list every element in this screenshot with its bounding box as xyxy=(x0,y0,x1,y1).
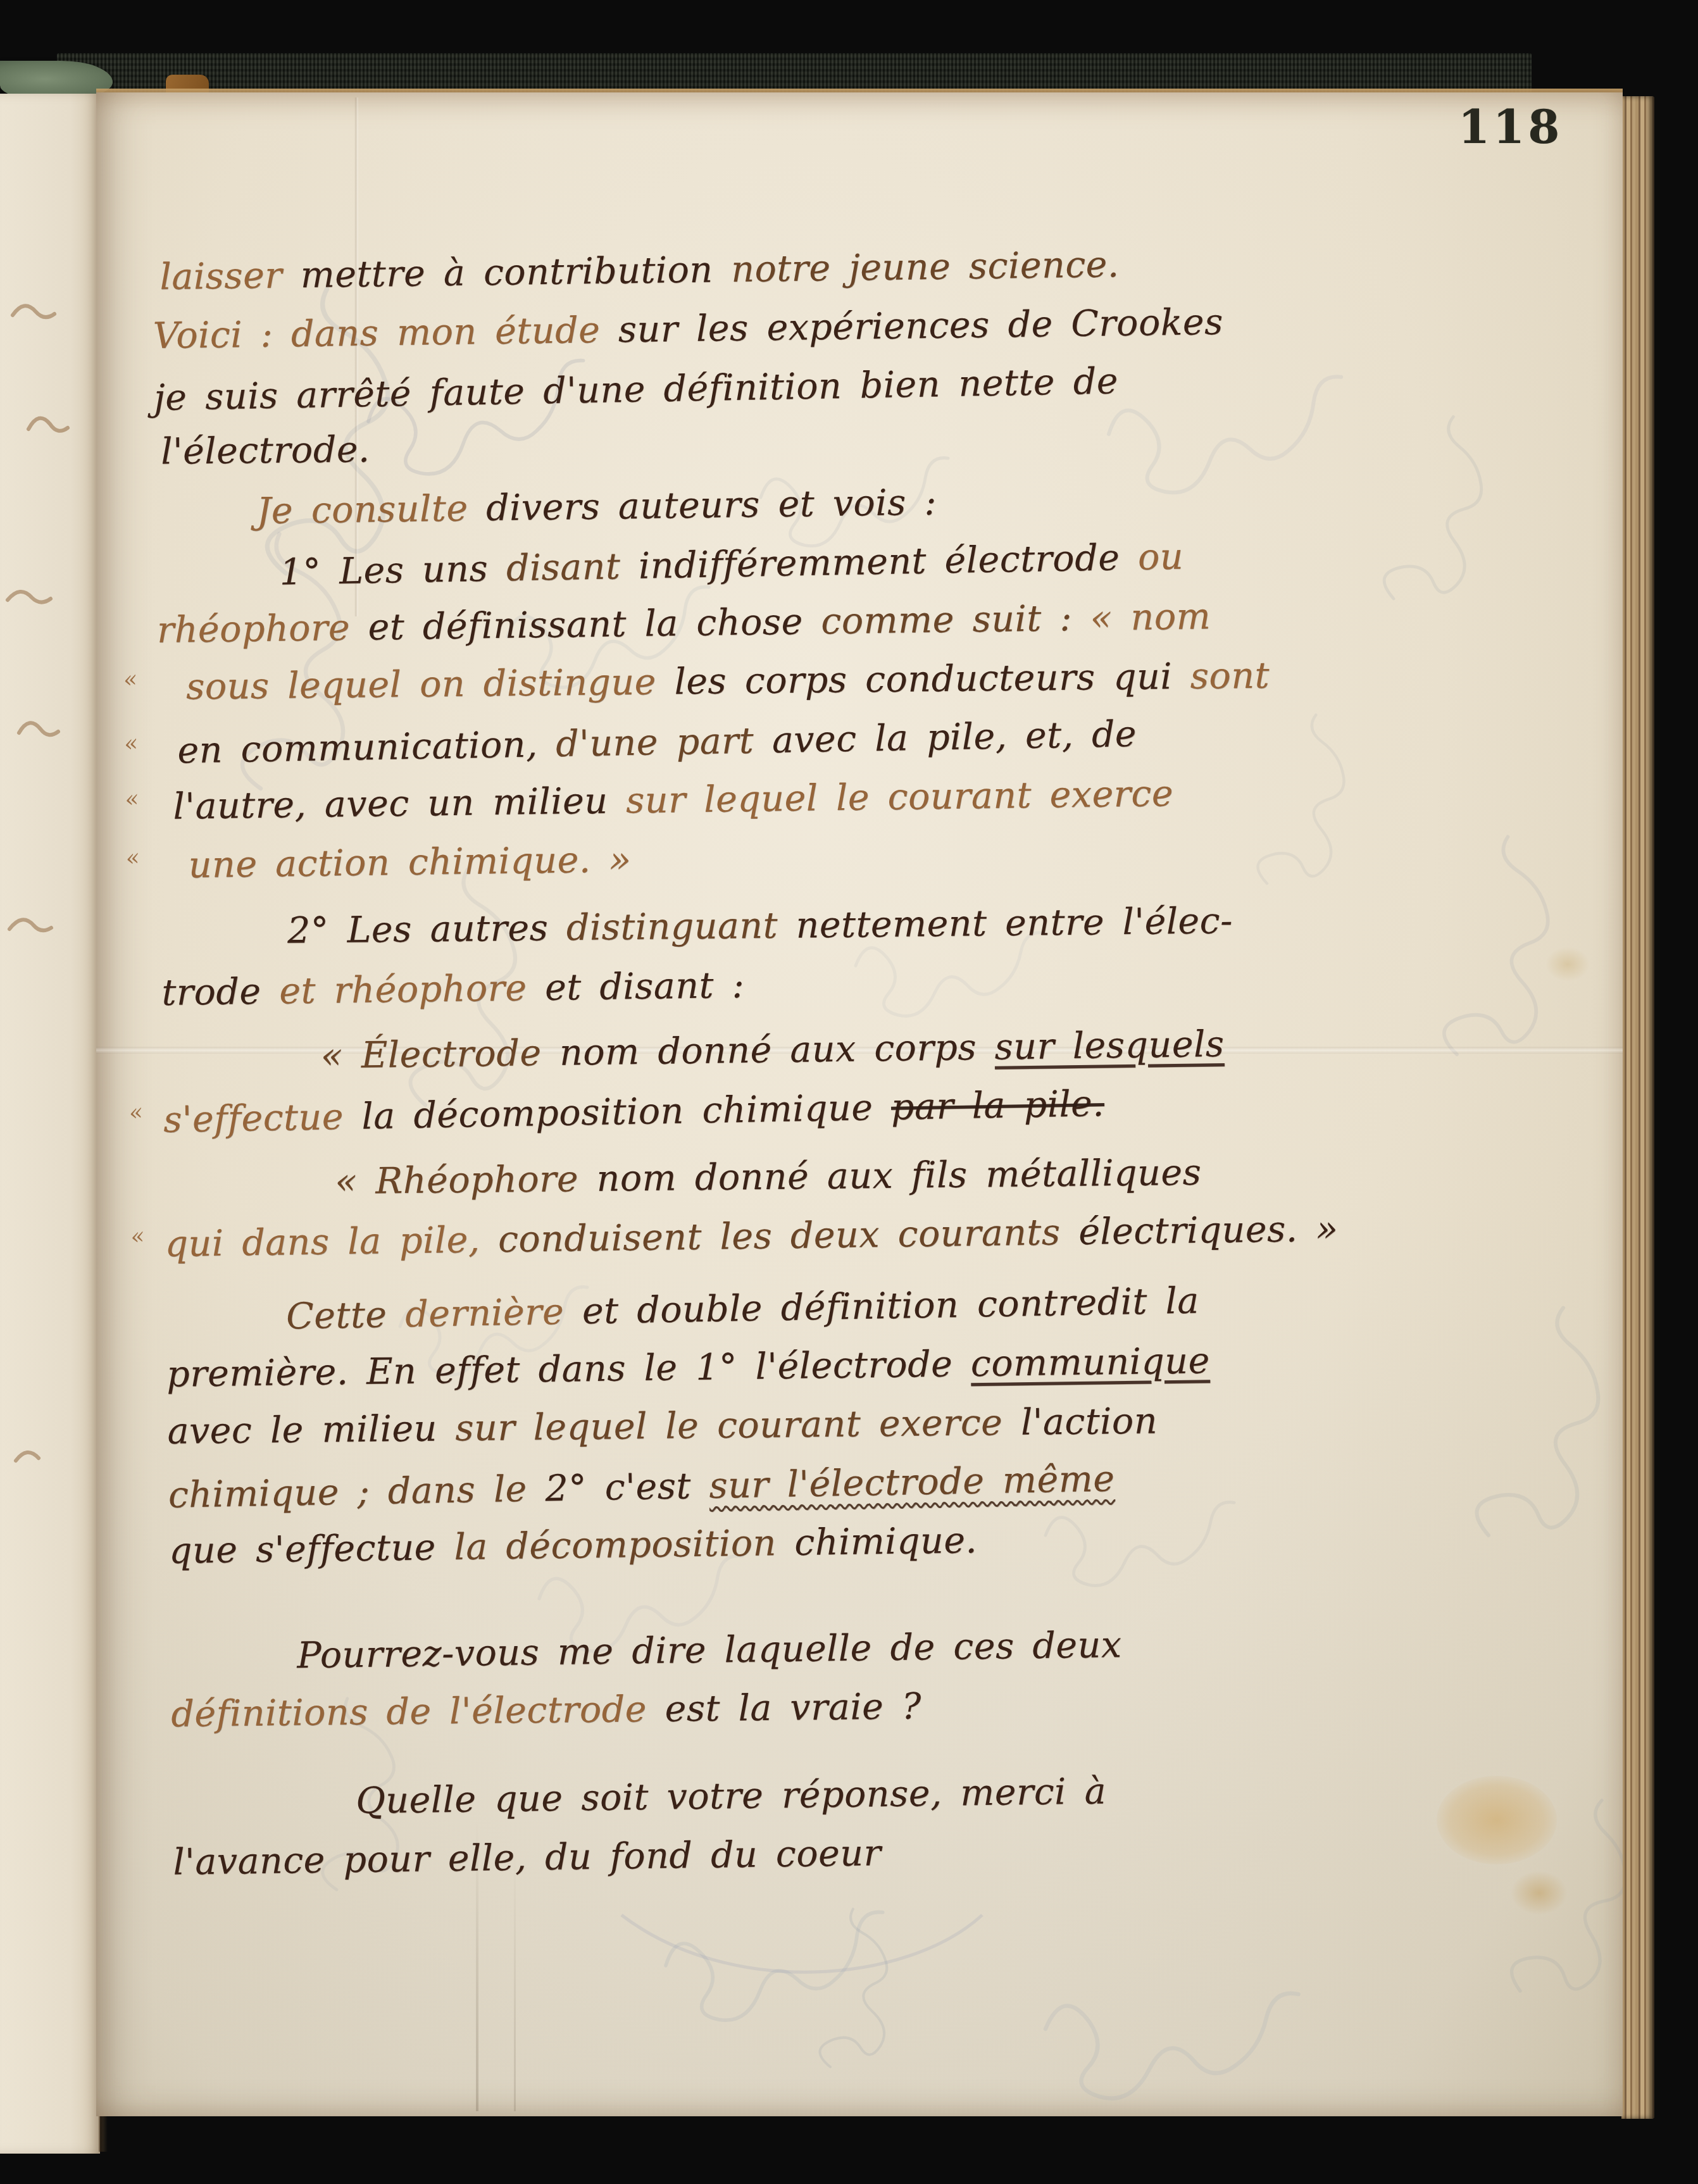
manuscript-segment: Quelle que soit votre réponse, merci à xyxy=(356,1770,1107,1822)
manuscript-segment: l'action xyxy=(1021,1400,1158,1443)
manuscript-segment: sont xyxy=(1190,655,1270,697)
manuscript-segment: une action chimique. » xyxy=(188,839,631,886)
manuscript-segment: nom donné xyxy=(596,1156,827,1200)
manuscript-segment: aux fils métalliques xyxy=(827,1152,1202,1197)
manuscript-segment: électriques. » xyxy=(1078,1208,1339,1253)
manuscript-segment: définitions de l'électrode xyxy=(171,1688,665,1735)
manuscript-segment: « Rhéophore xyxy=(335,1158,597,1202)
manuscript-segment: par la pile. xyxy=(890,1083,1104,1128)
manuscript-segment: 2° Les autres xyxy=(287,907,566,952)
manuscript-segment: et double définition contredit la xyxy=(582,1280,1199,1332)
manuscript-segment: ou xyxy=(1137,536,1183,578)
manuscript-segment: « nom xyxy=(1090,596,1211,639)
manuscript-segment: est la vraie ? xyxy=(665,1685,921,1730)
manuscript-segment: communique xyxy=(970,1340,1210,1385)
quote-continuation-mark: « xyxy=(129,1225,147,1249)
notebook-photo: 118 laisser mettre à contribution notre … xyxy=(0,0,1698,2184)
manuscript-segment: l'autre, avec un milieu xyxy=(173,780,626,827)
manuscript-page: 118 laisser mettre à contribution notre … xyxy=(96,92,1623,2116)
manuscript-segment: comme suit : xyxy=(821,597,1090,643)
manuscript-segment: l'électrode. xyxy=(161,428,370,472)
manuscript-segment: qui dans la pile, xyxy=(165,1219,498,1265)
quote-continuation-mark: « xyxy=(123,732,140,756)
manuscript-segment: sur lequel le courant exerce xyxy=(626,773,1174,821)
manuscript-segment: disant xyxy=(506,546,639,590)
quote-continuation-mark: « xyxy=(123,787,141,812)
manuscript-segment: sur l'électrode même xyxy=(709,1458,1115,1507)
page-stack-edge xyxy=(1621,96,1654,2119)
facing-page-sliver xyxy=(0,94,100,2154)
manuscript-segment: trode xyxy=(161,970,280,1013)
manuscript-segment: la décomposition xyxy=(454,1522,795,1568)
manuscript-segment: rhéophore xyxy=(156,607,368,651)
manuscript-segment: dernière xyxy=(405,1290,583,1335)
manuscript-segment: Cette xyxy=(286,1294,406,1337)
manuscript-segment: et définissant la chose xyxy=(368,601,821,648)
manuscript-segment: 2° c'est xyxy=(545,1465,709,1510)
quote-continuation-mark: « xyxy=(122,668,139,692)
quote-continuation-mark: « xyxy=(124,846,142,871)
manuscript-segment: d'une part xyxy=(556,720,773,765)
manuscript-segment: nettement entre l'élec- xyxy=(796,900,1233,946)
manuscript-segment: avec la pile, et, de xyxy=(771,713,1137,761)
manuscript-segment: Pourrez-vous me dire laquelle de ces deu… xyxy=(297,1624,1122,1676)
manuscript-segment: laisser xyxy=(159,254,301,298)
manuscript-segment: mettre à contribution xyxy=(300,249,731,296)
manuscript-segment: sur les expériences de Crookes xyxy=(618,301,1223,351)
manuscript-segment: que s'effectue xyxy=(169,1526,454,1572)
manuscript-segment: sur lesquels xyxy=(994,1023,1225,1068)
manuscript-segment: s'effectue xyxy=(163,1095,362,1140)
manuscript-segment: « Électrode xyxy=(320,1032,559,1077)
manuscript-segment: chimique. xyxy=(794,1519,978,1564)
manuscript-segment: première. En effet dans le 1° l'électrod… xyxy=(166,1343,971,1395)
paper-stain xyxy=(1511,1871,1568,1915)
manuscript-text: laisser mettre à contribution notre jeun… xyxy=(152,229,1623,1892)
manuscript-segment: la décomposition chimique xyxy=(361,1087,892,1138)
manuscript-segment: divers auteurs et vois : xyxy=(486,482,937,529)
manuscript-segment: et rhéophore xyxy=(279,967,546,1012)
manuscript-segment: avec le milieu xyxy=(167,1407,456,1452)
manuscript-segment: et disant : xyxy=(545,964,745,1009)
manuscript-segment: distinguant xyxy=(566,904,796,949)
manuscript-segment: conduisent les deux courants xyxy=(497,1211,1078,1261)
manuscript-segment: notre jeune science. xyxy=(731,244,1120,290)
paper-crease xyxy=(514,1852,516,2111)
manuscript-segment: Je consulte xyxy=(256,487,486,532)
manuscript-segment: sous lequel on distingue xyxy=(186,661,675,708)
facing-page-ink-fragments xyxy=(0,94,100,2154)
manuscript-segment: en communication, xyxy=(177,723,556,771)
quote-continuation-mark: « xyxy=(127,1101,145,1125)
manuscript-segment: je suis arrêté faute d'une définition bi… xyxy=(154,360,1119,419)
manuscript-segment: nom donné aux corps xyxy=(559,1026,995,1074)
manuscript-segment: sur lequel le courant exerce xyxy=(455,1402,1021,1449)
manuscript-segment: 1° Les uns xyxy=(279,547,506,593)
manuscript-segment: indifféremment électrode xyxy=(638,537,1138,587)
page-number: 118 xyxy=(1458,100,1563,154)
manuscript-segment: Voici : dans mon étude xyxy=(153,309,618,357)
manuscript-segment: chimique ; dans le xyxy=(168,1468,546,1516)
manuscript-segment: les corps conducteurs qui xyxy=(674,656,1190,703)
manuscript-segment: l'avance pour elle, du fond du coeur xyxy=(173,1832,882,1883)
